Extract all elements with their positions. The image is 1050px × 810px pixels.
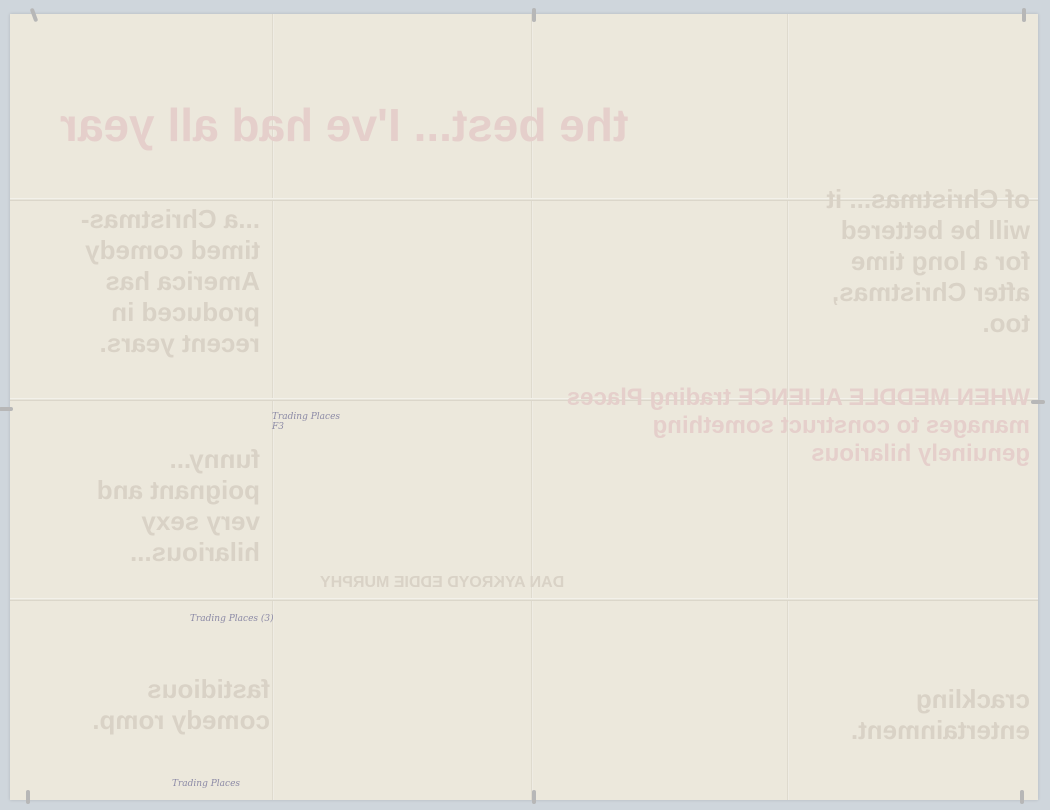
pin: [1020, 790, 1024, 804]
bleed-quote: of Christmas... it will be bettered for …: [800, 184, 1030, 339]
handwritten-note: Trading Places F3: [272, 412, 342, 432]
pin: [0, 407, 13, 411]
bleed-headline: the best... I've had all year: [60, 98, 628, 152]
handwritten-note: Trading Places (3): [190, 614, 274, 624]
handwritten-note: Trading Places: [172, 779, 240, 789]
bleed-quote: ...a Christmas-timed comedy America has …: [40, 204, 260, 359]
fold-line: [10, 598, 1038, 601]
bleed-quote: WHEN MEDDLE ALIENCE trading Places manag…: [560, 384, 1030, 468]
bleed-quote: fastidious comedy romp.: [50, 674, 270, 736]
poster-back: the best... I've had all year ...a Chris…: [10, 14, 1038, 800]
pin: [26, 790, 30, 804]
bleed-quote: funny... poignant and very sexy hilariou…: [60, 444, 260, 568]
bleed-quote: crackling entertainment.: [800, 684, 1030, 746]
pin: [1031, 400, 1045, 404]
pin: [532, 8, 536, 22]
pin: [1022, 8, 1026, 22]
bleed-credit: DAN AYKROYD EDDIE MURPHY: [320, 574, 564, 592]
pin: [532, 790, 536, 804]
